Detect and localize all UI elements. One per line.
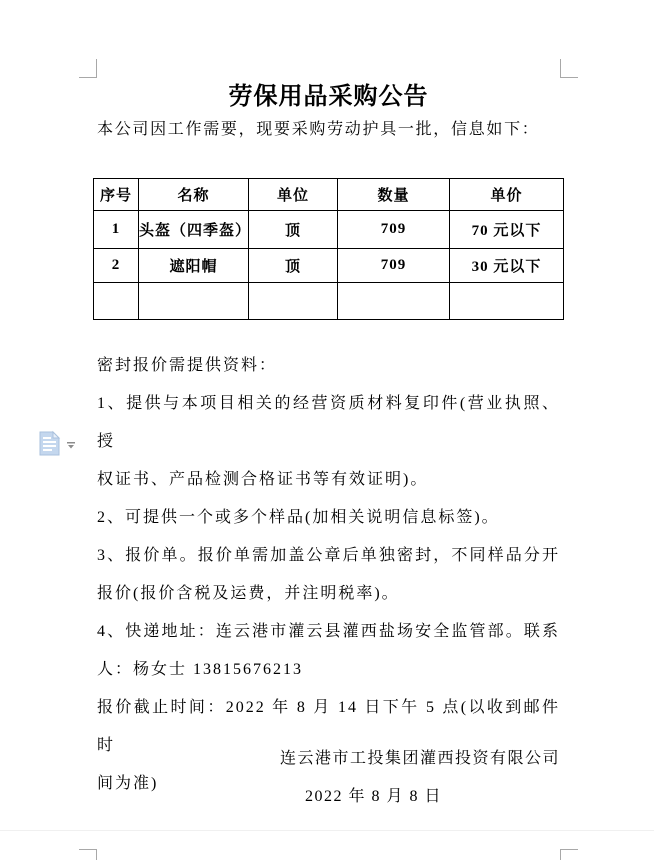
- cell-name: [139, 283, 249, 320]
- cell-unit: 顶: [249, 249, 338, 283]
- body-line-contact: 人：杨女士 13815676213: [97, 651, 560, 689]
- cell-index: [94, 283, 139, 320]
- cell-unit: 顶: [249, 211, 338, 249]
- cell-price: 30 元以下: [450, 249, 564, 283]
- cell-unit: [249, 283, 338, 320]
- table-row-empty: [94, 283, 564, 320]
- body-text: 密封报价需提供资料： 1、提供与本项目相关的经营资质材料复印件(营业执照、授 权…: [97, 347, 560, 803]
- table-row: 1 头盔（四季盔） 顶 709 70 元以下: [94, 211, 564, 249]
- cell-name: 遮阳帽: [139, 249, 249, 283]
- table-header-row: 序号 名称 单位 数量 单价: [94, 179, 564, 211]
- table-header-unit: 单位: [249, 179, 338, 211]
- body-line-item1: 1、提供与本项目相关的经营资质材料复印件(营业执照、授: [97, 385, 560, 461]
- paste-options-button[interactable]: [38, 430, 78, 458]
- body-line-item1-cont: 权证书、产品检测合格证书等有效证明)。: [97, 461, 560, 499]
- paste-options-icon[interactable]: [40, 432, 59, 455]
- word-document-page: 劳保用品采购公告 本公司因工作需要，现要采购劳动护具一批，信息如下： 序号 名称…: [0, 0, 654, 860]
- procurement-table: 序号 名称 单位 数量 单价 1 头盔（四季盔） 顶 709 70 元以下 2 …: [93, 178, 564, 320]
- cell-price: [450, 283, 564, 320]
- table-header-price: 单价: [450, 179, 564, 211]
- table-header-name: 名称: [139, 179, 249, 211]
- table-row: 2 遮阳帽 顶 709 30 元以下: [94, 249, 564, 283]
- signature-company: 连云港市工投集团灌西投资有限公司: [97, 740, 560, 778]
- body-line-item4: 4、快递地址：连云港市灌云县灌西盐场安全监管部。联系: [97, 613, 560, 651]
- body-line-heading: 密封报价需提供资料：: [97, 347, 560, 385]
- crop-mark-bottom-left: [79, 849, 97, 860]
- signature-date: 2022 年 8 月 8 日: [97, 778, 560, 816]
- crop-mark-bottom-right: [560, 849, 578, 860]
- crop-mark-top-left: [79, 59, 97, 78]
- body-line-item3: 3、报价单。报价单需加盖公章后单独密封，不同样品分开: [97, 537, 560, 575]
- page-edge-rule: [0, 830, 654, 831]
- cell-price: 70 元以下: [450, 211, 564, 249]
- page-title: 劳保用品采购公告: [97, 76, 560, 111]
- intro-paragraph: 本公司因工作需要，现要采购劳动护具一批，信息如下：: [97, 116, 567, 139]
- body-line-item3-cont: 报价(报价含税及运费，并注明税率)。: [97, 575, 560, 613]
- cell-index: 1: [94, 211, 139, 249]
- table-header-index: 序号: [94, 179, 139, 211]
- signature-block: 连云港市工投集团灌西投资有限公司 2022 年 8 月 8 日: [97, 740, 560, 816]
- cell-quantity: [338, 283, 450, 320]
- crop-mark-top-right: [560, 59, 578, 78]
- chevron-down-icon[interactable]: [67, 442, 75, 449]
- cell-index: 2: [94, 249, 139, 283]
- cell-name: 头盔（四季盔）: [139, 211, 249, 249]
- body-line-item2: 2、可提供一个或多个样品(加相关说明信息标签)。: [97, 499, 560, 537]
- table-header-quantity: 数量: [338, 179, 450, 211]
- cell-quantity: 709: [338, 211, 450, 249]
- cell-quantity: 709: [338, 249, 450, 283]
